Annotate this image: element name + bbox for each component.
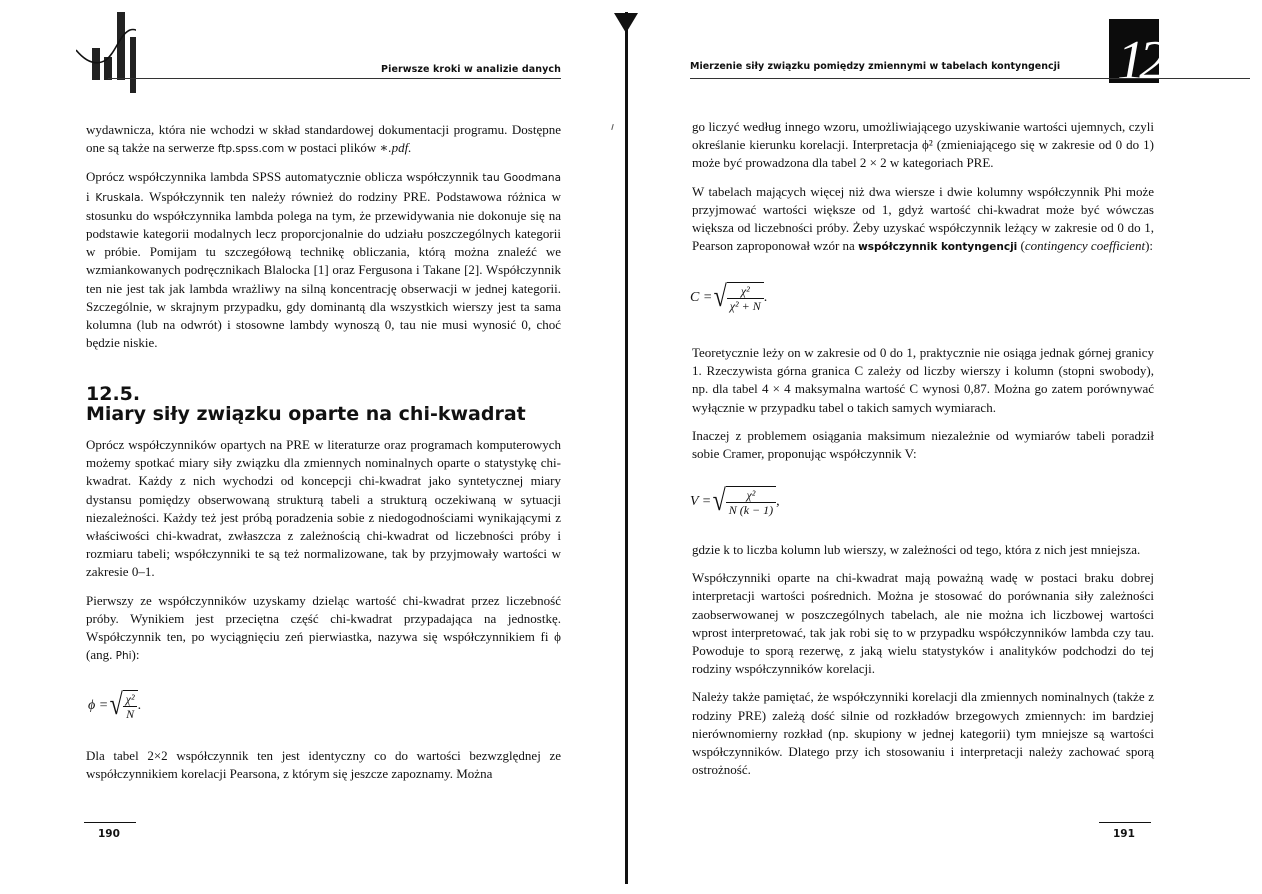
header-rule xyxy=(108,78,561,79)
header-rule xyxy=(690,78,1250,79)
formula-phi: ϕ = √ χ²N . xyxy=(88,690,141,721)
book-spine xyxy=(625,12,628,884)
sqrt-symbol: √ χ²χ² + N xyxy=(712,282,763,313)
left-page: Pierwsze kroki w analizie danych wydawni… xyxy=(0,0,620,894)
paragraph: Teoretycznie leży on w zakresie od 0 do … xyxy=(692,344,1154,417)
body-text-section: Oprócz współczynników opartych na PRE w … xyxy=(86,436,561,675)
bar-chart-logo-icon xyxy=(76,10,136,95)
body-text-bottom: Dla tabel 2×2 współczynnik ten jest iden… xyxy=(86,747,561,783)
running-title: Pierwsze kroki w analizie danych xyxy=(381,64,561,75)
paragraph: gdzie k to liczba kolumn lub wierszy, w … xyxy=(692,541,1154,559)
footer-rule xyxy=(1099,822,1151,823)
paragraph: Współczynniki oparte na chi-kwadrat mają… xyxy=(692,569,1154,678)
body-text-top: go liczyć według innego wzoru, umożliwia… xyxy=(692,118,1154,266)
section-title: Miary siły związku oparte na chi-kwadrat xyxy=(86,403,526,425)
sqrt-symbol: √ χ²N (k − 1) xyxy=(711,486,776,517)
formula-cramer-v: V = √ χ²N (k − 1) , xyxy=(690,486,780,517)
paragraph: Oprócz współczynników opartych na PRE w … xyxy=(86,436,561,582)
body-text-top: wydawnicza, która nie wchodzi w skład st… xyxy=(86,121,561,362)
sqrt-symbol: √ χ²N xyxy=(108,690,137,721)
paragraph: Pierwszy ze współczynników uzyskamy dzie… xyxy=(86,592,561,666)
paragraph: Dla tabel 2×2 współczynnik ten jest iden… xyxy=(86,747,561,783)
page-number: 191 xyxy=(1113,828,1135,840)
footer-rule xyxy=(84,822,136,823)
paragraph: Oprócz współczynnika lambda SPSS automat… xyxy=(86,168,561,352)
page-number: 190 xyxy=(98,828,120,840)
paragraph: wydawnicza, która nie wchodzi w skład st… xyxy=(86,121,561,158)
paragraph: Inaczej z problemem osiągania maksimum n… xyxy=(692,427,1154,463)
running-title: Mierzenie siły związku pomiędzy zmiennym… xyxy=(690,61,1060,72)
formula-contingency: C = √ χ²χ² + N . xyxy=(690,282,767,313)
body-text-middle: Teoretycznie leży on w zakresie od 0 do … xyxy=(692,344,1154,473)
section-number: 12.5. xyxy=(86,383,140,405)
paragraph: W tabelach mających więcej niż dwa wiers… xyxy=(692,183,1154,257)
body-text-bottom: gdzie k to liczba kolumn lub wierszy, w … xyxy=(692,541,1154,789)
paragraph: go liczyć według innego wzoru, umożliwia… xyxy=(692,118,1154,173)
paragraph: Należy także pamiętać, że współczynniki … xyxy=(692,688,1154,779)
